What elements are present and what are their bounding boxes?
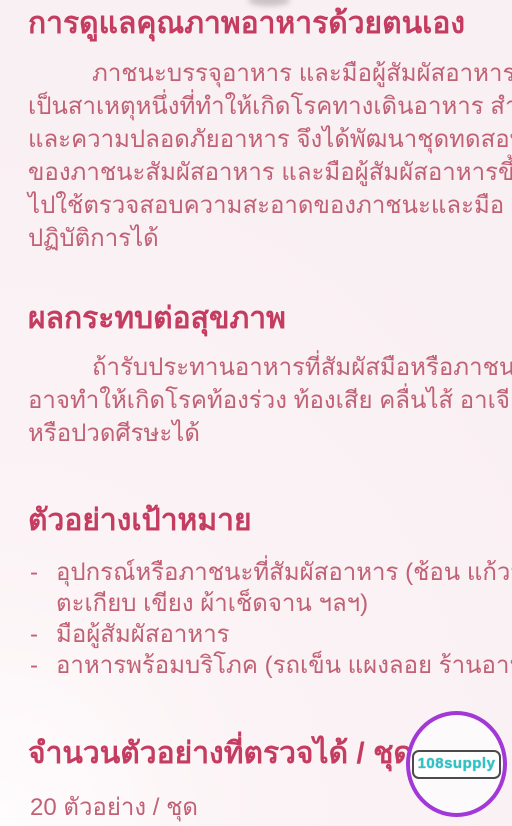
list-item-text: มือผู้สัมผัสอาหาร [56,619,230,650]
document-page: การดูแลคุณภาพอาหารด้วยตนเอง ภาชนะบรรจุอา… [0,0,512,826]
list-item-line: อาหารพร้อมบริโภค (รถเข็น แผงลอย ร้านอาหา… [56,650,512,681]
paragraph-line: ของภาชนะสัมผัสอาหาร และมือผู้สัมผัสอาหาร… [28,156,512,189]
list-item-line: ตะเกียบ เขียง ผ้าเช็ดจาน ฯลฯ) [56,588,512,619]
section-title-sample-count: จำนวนตัวอย่างที่ตรวจได้ / ชุด [28,735,413,773]
supplier-stamp-plate: 108supply [412,750,502,779]
paragraph-line: หรือปวดศีรษะได้ [28,417,512,450]
section-title-target-examples: ตัวอย่างเป้าหมาย [28,502,252,540]
list-item: - มือผู้สัมผัสอาหาร [30,619,512,650]
health-impact-paragraph: ถ้ารับประทานอาหารที่สัมผัสมือหรือภาชนะที… [28,351,512,450]
list-item-text: อุปกรณ์หรือภาชนะที่สัมผัสอาหาร (ช้อน แก้… [56,557,512,619]
bullet-dash: - [30,557,56,588]
bullet-dash: - [30,619,56,650]
supplier-stamp: 108supply [406,711,507,817]
target-examples-list: - อุปกรณ์หรือภาชนะที่สัมผัสอาหาร (ช้อน แ… [30,557,512,681]
paragraph-line: ปฏิบัติการได้ [28,222,512,255]
paragraph-line: ถ้ารับประทานอาหารที่สัมผัสมือหรือภาชนะที… [28,351,512,384]
section-title-self-care: การดูแลคุณภาพอาหารด้วยตนเอง [28,5,465,43]
list-item: - อุปกรณ์หรือภาชนะที่สัมผัสอาหาร (ช้อน แ… [30,557,512,619]
list-item-line: มือผู้สัมผัสอาหาร [56,619,230,650]
sample-count-value: 20 ตัวอย่าง / ชุด [30,787,198,826]
paragraph-line: ไปใช้ตรวจสอบความสะอาดของภาชนะและมือ นอกห… [28,189,512,222]
bullet-dash: - [30,650,56,681]
paragraph-line: ภาชนะบรรจุอาหาร และมือผู้สัมผัสอาหารที่ไ… [28,57,512,90]
paragraph-line: และความปลอดภัยอาหาร จึงได้พัฒนาชุดทดสอบค… [28,123,512,156]
paragraph-line: อาจทำให้เกิดโรคท้องร่วง ท้องเสีย คลื่นไส… [28,384,512,417]
list-item-text: อาหารพร้อมบริโภค (รถเข็น แผงลอย ร้านอาหา… [56,650,512,681]
list-item: - อาหารพร้อมบริโภค (รถเข็น แผงลอย ร้านอา… [30,650,512,681]
supplier-stamp-label: 108supply [418,755,496,772]
section-title-health-impact: ผลกระทบต่อสุขภาพ [28,300,286,338]
list-item-line: อุปกรณ์หรือภาชนะที่สัมผัสอาหาร (ช้อน แก้… [56,557,512,588]
paragraph-line: เป็นสาเหตุหนึ่งที่ทำให้เกิดโรคทางเดินอาห… [28,90,512,123]
intro-paragraph: ภาชนะบรรจุอาหาร และมือผู้สัมผัสอาหารที่ไ… [28,57,512,255]
